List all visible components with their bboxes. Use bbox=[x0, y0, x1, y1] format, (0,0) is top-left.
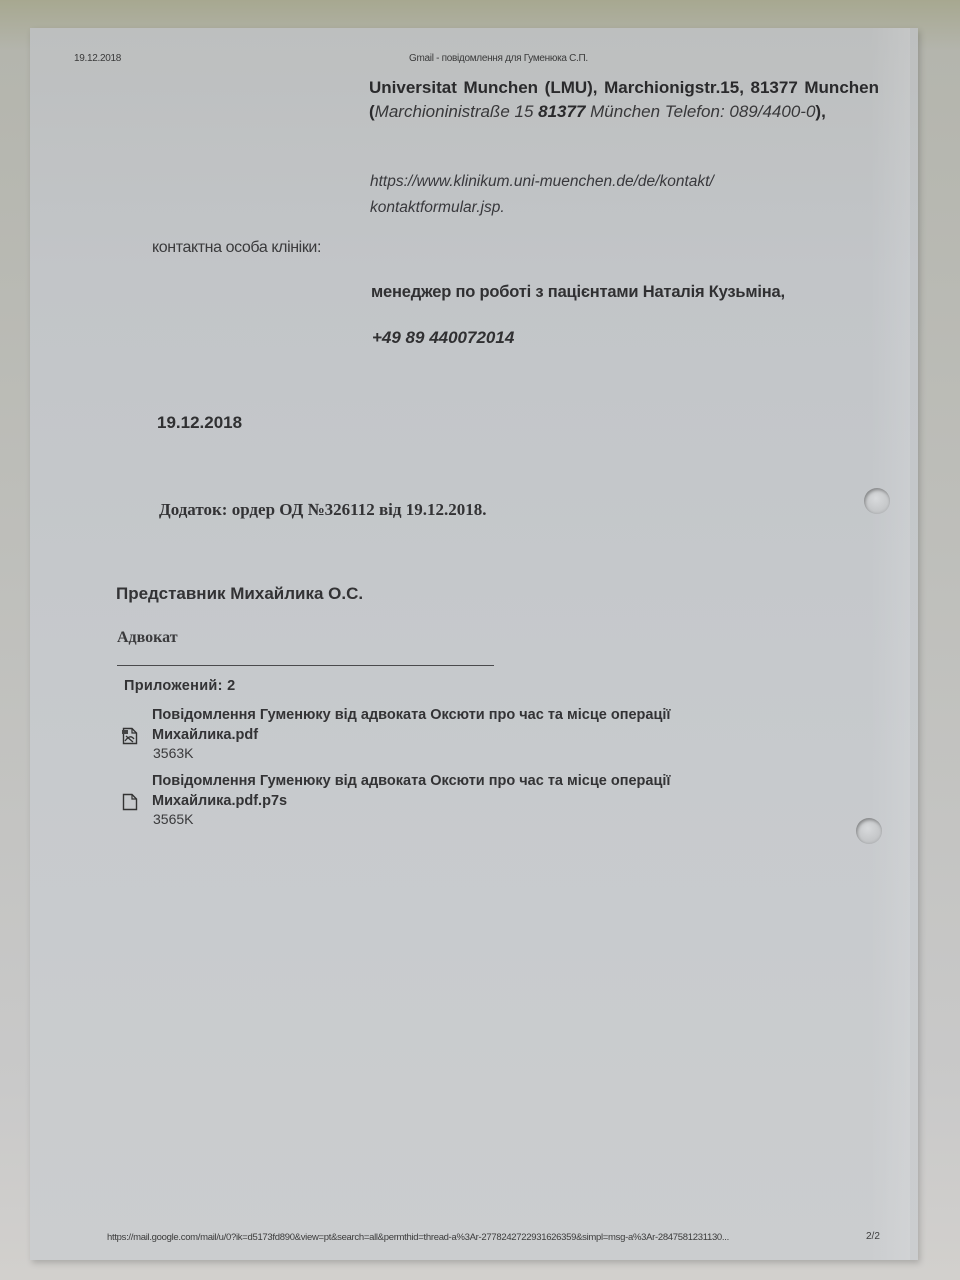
printed-page: 19.12.2018 Gmail - повідомлення для Гуме… bbox=[30, 28, 918, 1260]
attachment-name: Повідомлення Гуменюку від адвоката Оксют… bbox=[152, 705, 670, 745]
print-footer-url: https://mail.google.com/mail/u/0?ik=d517… bbox=[107, 1232, 729, 1243]
attachments-count: Приложений: 2 bbox=[124, 678, 235, 694]
signature-line bbox=[117, 665, 494, 666]
website-line-1: https://www.klinikum.uni-muenchen.de/de/… bbox=[370, 169, 714, 195]
letter-date: 19.12.2018 bbox=[157, 413, 242, 433]
role-lawyer: Адвокат bbox=[117, 629, 178, 647]
punch-hole bbox=[864, 488, 890, 514]
contact-phone: +49 89 440072014 bbox=[372, 328, 514, 348]
generic-file-icon bbox=[122, 793, 138, 811]
clinic-address: Universitat Munchen (LMU), Marchionigstr… bbox=[369, 76, 879, 124]
address-tail: ), bbox=[815, 102, 825, 121]
clinic-website[interactable]: https://www.klinikum.uni-muenchen.de/de/… bbox=[370, 169, 714, 221]
attachment-size: 3565K bbox=[153, 811, 193, 827]
print-header-date: 19.12.2018 bbox=[74, 53, 121, 64]
address-city-phone: München Telefon: 089/4400-0 bbox=[585, 102, 815, 121]
print-header-title: Gmail - повідомлення для Гуменюка С.П. bbox=[409, 53, 588, 64]
attachment-name: Повідомлення Гуменюку від адвоката Оксют… bbox=[152, 771, 670, 811]
attachment-size: 3563K bbox=[153, 745, 193, 761]
contact-label: контактна особа клініки: bbox=[152, 239, 321, 257]
contact-person: менеджер по роботі з пацієнтами Наталія … bbox=[371, 283, 785, 302]
website-line-2: kontaktformular.jsp. bbox=[370, 195, 714, 221]
addendum: Додаток: ордер ОД №326112 від 19.12.2018… bbox=[159, 500, 487, 520]
representative: Представник Михайлика О.С. bbox=[116, 584, 363, 604]
pdf-file-icon bbox=[122, 727, 138, 745]
address-zip: 81377 bbox=[538, 102, 585, 121]
punch-hole bbox=[856, 818, 882, 844]
address-street: Marchioninistraße 15 bbox=[375, 102, 538, 121]
page-number: 2/2 bbox=[866, 1231, 880, 1242]
